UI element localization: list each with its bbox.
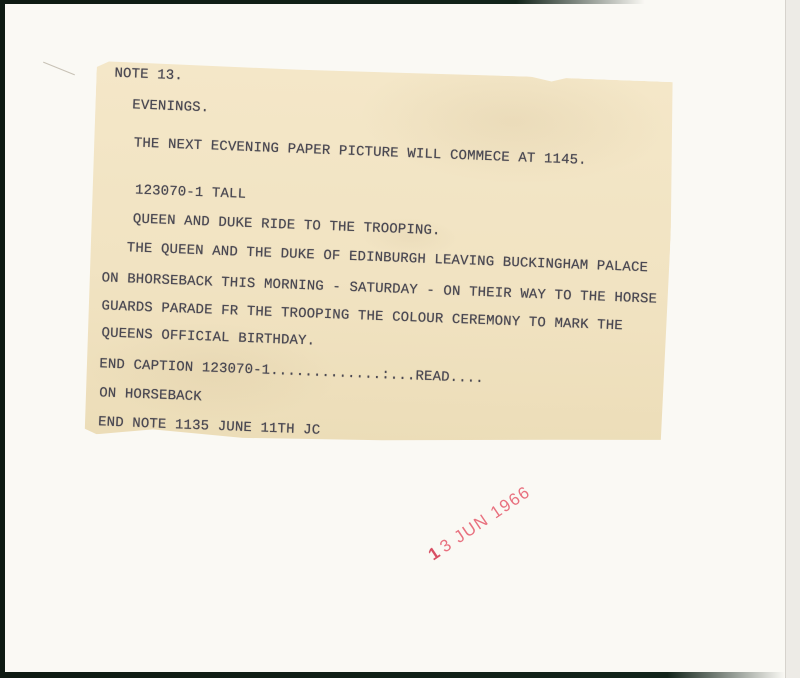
- print-crease-line: [785, 0, 786, 678]
- caption-line-end-caption: END CAPTION 123070-1.............:...REA…: [99, 356, 484, 387]
- print-frame-left: [0, 0, 5, 678]
- caption-line-body-1: THE QUEEN AND THE DUKE OF EDINBURGH LEAV…: [126, 240, 648, 276]
- print-frame-bottom: [0, 672, 785, 678]
- caption-line-evenings: EVENINGS.: [132, 97, 210, 116]
- caption-line-photo-id: 123070-1 TALL: [135, 183, 247, 203]
- caption-line-end-note: END NOTE 1135 JUNE 11TH JC: [98, 414, 321, 439]
- photo-caption-scan: NOTE 13. EVENINGS. THE NEXT ECVENING PAP…: [0, 0, 800, 678]
- caption-line-on-horseback: ON HORSEBACK: [99, 385, 202, 405]
- caption-line-headline: QUEEN AND DUKE RIDE TO THE TROOPING.: [133, 212, 441, 240]
- typewritten-caption-slip: NOTE 13. EVENINGS. THE NEXT ECVENING PAP…: [83, 60, 677, 456]
- caption-line-next-picture: THE NEXT ECVENING PAPER PICTURE WILL COM…: [134, 135, 588, 168]
- caption-line-body-4: QUEENS OFFICIAL BIRTHDAY.: [101, 325, 315, 349]
- print-frame-top: [0, 0, 645, 4]
- date-stamp-rest: 3 JUN 1966: [436, 482, 533, 556]
- print-margin-right: [786, 0, 800, 678]
- scratch-mark: [43, 62, 75, 76]
- date-stamp: 13 JUN 1966: [425, 482, 535, 565]
- caption-line-note-number: NOTE 13.: [114, 66, 183, 85]
